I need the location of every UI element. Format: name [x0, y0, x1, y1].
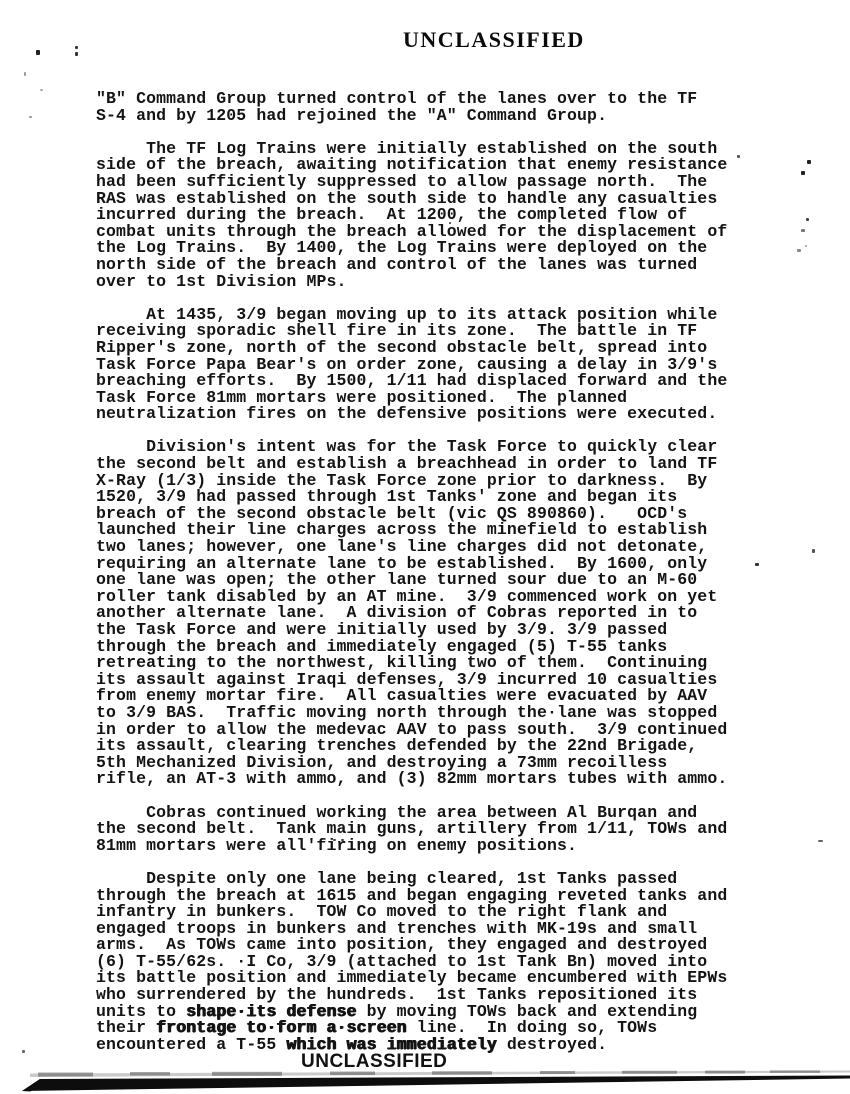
- header-classification-label: UNCLASSIFIED: [403, 27, 585, 53]
- text-line: Despite only one lane being cleared, 1st…: [96, 871, 727, 888]
- text-line: Ripper's zone, north of the second obsta…: [96, 340, 727, 357]
- paragraph: Cobras continued working the area betwee…: [96, 805, 727, 855]
- paragraph: At 1435, 3/9 began moving up to its atta…: [96, 307, 727, 423]
- scan-speck-artifact: [801, 171, 805, 175]
- scan-speck-artifact: [22, 1050, 25, 1053]
- scan-speck-artifact: [801, 229, 805, 232]
- scan-speck-artifact: [797, 249, 801, 252]
- scan-speck-artifact: [333, 839, 336, 841]
- scan-speck-artifact: [805, 245, 807, 247]
- scan-speck-artifact: [40, 89, 43, 91]
- text-segment: encountered a T-55: [96, 1035, 286, 1054]
- text-line: S-4 and by 1205 had rejoined the "A" Com…: [96, 108, 727, 125]
- scan-speck-artifact: [449, 222, 451, 224]
- scan-speck-artifact: [806, 218, 809, 221]
- text-line: rifle, an AT-3 with ammo, and (3) 82mm m…: [96, 771, 727, 788]
- scan-speck-artifact: [818, 840, 823, 842]
- scan-speck-artifact: [29, 116, 32, 118]
- text-line: neutralization fires on the defensive po…: [96, 406, 727, 423]
- document-body: "B" Command Group turned control of the …: [96, 91, 727, 1053]
- paragraph: Despite only one lane being cleared, 1st…: [96, 871, 727, 1054]
- document-page: UNCLASSIFIED "B" Command Group turned co…: [0, 0, 850, 1094]
- scan-speck-artifact: [737, 155, 740, 158]
- footer-classification-label: UNCLASSIFIED: [301, 1051, 447, 1073]
- text-line: 81mm mortars were all'firing on enemy po…: [96, 838, 727, 855]
- text-segment: destroyed.: [497, 1035, 607, 1054]
- scan-speck-artifact: [755, 563, 759, 566]
- scan-speck-artifact: [75, 46, 78, 49]
- paragraph: "B" Command Group turned control of the …: [96, 91, 727, 124]
- scan-speck-artifact: [812, 549, 815, 553]
- scan-speck-artifact: [807, 160, 811, 164]
- scan-speck-artifact: [75, 52, 78, 56]
- scan-speck-artifact: [24, 72, 26, 76]
- paragraph: The TF Log Trains were initially establi…: [96, 141, 727, 290]
- scan-speck-artifact: [341, 839, 344, 841]
- paragraph: Division's intent was for the Task Force…: [96, 439, 727, 787]
- scan-speck-artifact: [36, 50, 40, 55]
- text-line: over to 1st Division MPs.: [96, 274, 727, 291]
